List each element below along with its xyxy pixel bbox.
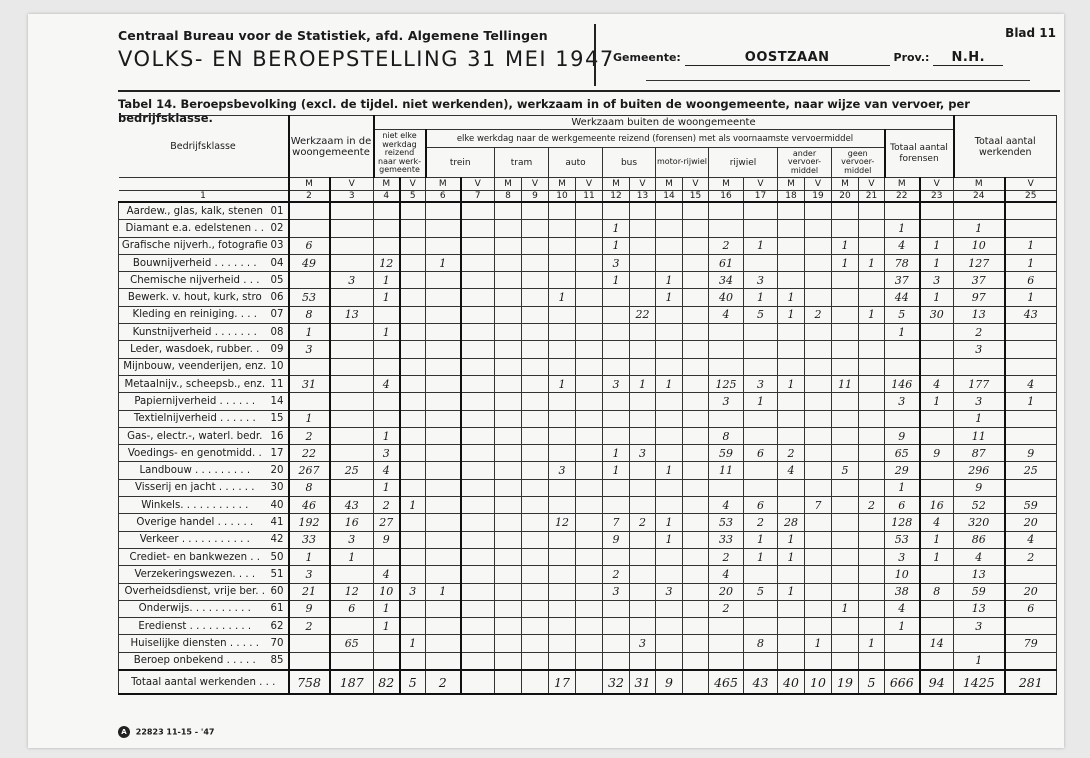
value-cell [709, 358, 744, 375]
value-cell: 13 [330, 306, 374, 323]
value-cell: 3 [603, 254, 630, 271]
value-cell [330, 618, 374, 635]
value-cell [576, 341, 603, 358]
value-cell: 1 [885, 618, 920, 635]
value-cell [522, 670, 549, 694]
value-cell [461, 531, 495, 548]
value-cell [549, 566, 576, 583]
value-cell: 1 [744, 548, 778, 565]
value-cell: 6 [330, 600, 374, 617]
value-cell [522, 393, 549, 410]
industry-code: 42 [271, 534, 288, 545]
value-cell [549, 324, 576, 341]
value-cell: 1 [630, 375, 656, 392]
col-v: V [683, 178, 709, 191]
value-cell: 43 [744, 670, 778, 694]
value-cell [426, 341, 461, 358]
col-bus: bus [603, 148, 656, 178]
value-cell [885, 635, 920, 652]
row-label: Winkels. . . . . . . . . . .40 [119, 497, 289, 514]
value-cell [683, 341, 709, 358]
value-cell: 21 [289, 583, 330, 600]
value-cell [576, 445, 603, 462]
value-cell [832, 566, 859, 583]
value-cell [859, 479, 885, 496]
value-cell [603, 479, 630, 496]
value-cell [885, 358, 920, 375]
value-cell: 2 [709, 600, 744, 617]
value-cell: 1 [832, 237, 859, 254]
value-cell [832, 618, 859, 635]
value-cell [495, 289, 522, 306]
value-cell [1005, 618, 1057, 635]
value-cell [461, 254, 495, 271]
table-row: Mijnbouw, veenderijen, enz.10 [119, 358, 1057, 375]
value-cell [576, 497, 603, 514]
col-niet-elke-werkdag: niet elke werkdag reizend naar werk-geme… [374, 130, 426, 178]
value-cell: 1 [920, 289, 954, 306]
value-cell [805, 410, 832, 427]
column-number: 12 [603, 191, 630, 203]
blank-line [646, 80, 1030, 81]
col-tram: tram [495, 148, 549, 178]
value-cell: 33 [289, 531, 330, 548]
value-cell [656, 427, 683, 444]
value-cell [832, 220, 859, 237]
value-cell: 465 [709, 670, 744, 694]
table-row: Aardew., glas, kalk, stenen01 [119, 202, 1057, 220]
value-cell: 5 [885, 306, 920, 323]
industry-code: 62 [271, 621, 288, 632]
value-cell [400, 272, 426, 289]
value-cell: 31 [289, 375, 330, 392]
value-cell [630, 531, 656, 548]
column-number: 9 [522, 191, 549, 203]
value-cell [885, 202, 920, 220]
value-cell [495, 600, 522, 617]
value-cell [683, 410, 709, 427]
value-cell: 3 [630, 635, 656, 652]
value-cell [683, 272, 709, 289]
value-cell [683, 548, 709, 565]
row-label: Kunstnijverheid . . . . . . .08 [119, 324, 289, 341]
value-cell [576, 635, 603, 652]
value-cell [656, 618, 683, 635]
value-cell: 1 [400, 635, 426, 652]
value-cell: 20 [1005, 514, 1057, 531]
value-cell: 1 [885, 324, 920, 341]
value-cell [630, 497, 656, 514]
value-cell [576, 600, 603, 617]
value-cell [709, 324, 744, 341]
value-cell [603, 306, 630, 323]
value-cell [805, 289, 832, 306]
value-cell [426, 618, 461, 635]
industry-code: 02 [271, 223, 288, 234]
value-cell [522, 306, 549, 323]
value-cell [683, 324, 709, 341]
column-number: 7 [461, 191, 495, 203]
value-cell: 1 [920, 393, 954, 410]
value-cell: 1 [859, 254, 885, 271]
value-cell: 4 [1005, 531, 1057, 548]
organisation: Centraal Bureau voor de Statistiek, afd.… [118, 28, 618, 43]
value-cell [859, 652, 885, 670]
value-cell [289, 393, 330, 410]
value-cell: 3 [885, 393, 920, 410]
table-row: Kleding en reiniging. . . .0781322451215… [119, 306, 1057, 323]
value-cell: 2 [426, 670, 461, 694]
value-cell: 2 [859, 497, 885, 514]
value-cell [522, 497, 549, 514]
value-cell [549, 202, 576, 220]
value-cell [522, 254, 549, 271]
col-v: V [461, 178, 495, 191]
value-cell [495, 272, 522, 289]
column-number: 8 [495, 191, 522, 203]
value-cell [576, 583, 603, 600]
col-v: V [400, 178, 426, 191]
value-cell [778, 220, 805, 237]
industry-name: Bewerk. v. hout, kurk, stro [128, 292, 262, 303]
value-cell [330, 427, 374, 444]
value-cell: 43 [330, 497, 374, 514]
value-cell [461, 306, 495, 323]
value-cell: 1 [832, 600, 859, 617]
value-cell [400, 393, 426, 410]
value-cell [603, 635, 630, 652]
column-number: 25 [1005, 191, 1057, 203]
value-cell [656, 497, 683, 514]
col-m: M [709, 178, 744, 191]
value-cell [805, 254, 832, 271]
value-cell: 1 [885, 220, 920, 237]
industry-name: Verkeer . . . . . . . . . . . [140, 534, 250, 545]
value-cell [495, 358, 522, 375]
col-m: M [954, 178, 1005, 191]
value-cell: 38 [885, 583, 920, 600]
value-cell [885, 341, 920, 358]
value-cell: 128 [885, 514, 920, 531]
value-cell [603, 618, 630, 635]
value-cell: 78 [885, 254, 920, 271]
value-cell [549, 583, 576, 600]
industry-name: Verzekeringswezen. . . . [134, 569, 255, 580]
value-cell: 1 [920, 548, 954, 565]
value-cell [330, 410, 374, 427]
value-cell: 2 [630, 514, 656, 531]
value-cell [859, 531, 885, 548]
value-cell [374, 652, 400, 670]
value-cell [522, 445, 549, 462]
value-cell [426, 427, 461, 444]
value-cell [495, 583, 522, 600]
value-cell: 296 [954, 462, 1005, 479]
value-cell [778, 393, 805, 410]
value-cell [744, 427, 778, 444]
value-cell: 9 [656, 670, 683, 694]
value-cell: 1 [374, 324, 400, 341]
print-reference: 22823 11-15 - '47 [136, 728, 215, 737]
col-m: M [885, 178, 920, 191]
col-v: V [1005, 178, 1057, 191]
value-cell [495, 427, 522, 444]
industry-name: Diamant e.a. edelstenen . . [125, 223, 264, 234]
row-label: Bewerk. v. hout, kurk, stro06 [119, 289, 289, 306]
value-cell [461, 479, 495, 496]
industry-code: 11 [271, 379, 288, 390]
value-cell [495, 237, 522, 254]
value-cell [683, 479, 709, 496]
value-cell [859, 358, 885, 375]
industry-code: 41 [271, 517, 288, 528]
value-cell [289, 220, 330, 237]
value-cell: 11 [954, 427, 1005, 444]
value-cell: 1 [603, 445, 630, 462]
value-cell: 2 [709, 548, 744, 565]
value-cell: 2 [805, 306, 832, 323]
value-cell: 3 [744, 272, 778, 289]
value-cell: 37 [885, 272, 920, 289]
value-cell: 1 [1005, 254, 1057, 271]
value-cell [709, 341, 744, 358]
value-cell [683, 306, 709, 323]
value-cell [289, 272, 330, 289]
industry-code: 60 [271, 586, 288, 597]
value-cell: 1 [778, 548, 805, 565]
value-cell [1005, 410, 1057, 427]
value-cell [778, 324, 805, 341]
value-cell [603, 324, 630, 341]
value-cell [920, 566, 954, 583]
value-cell: 1 [426, 583, 461, 600]
value-cell: 9 [920, 445, 954, 462]
value-cell: 9 [374, 531, 400, 548]
col-werkzaam-buiten: Werkzaam buiten de woongemeente [374, 116, 954, 130]
value-cell [683, 462, 709, 479]
value-cell [832, 548, 859, 565]
value-cell [461, 341, 495, 358]
value-cell [495, 566, 522, 583]
value-cell: 127 [954, 254, 1005, 271]
value-cell [709, 479, 744, 496]
value-cell [885, 652, 920, 670]
value-cell: 3 [744, 375, 778, 392]
value-cell [400, 324, 426, 341]
value-cell: 1 [744, 393, 778, 410]
value-cell [805, 479, 832, 496]
table-row: Winkels. . . . . . . . . . .404643214672… [119, 497, 1057, 514]
value-cell [778, 652, 805, 670]
value-cell [549, 341, 576, 358]
value-cell [522, 583, 549, 600]
value-cell: 1 [656, 289, 683, 306]
value-cell: 4 [374, 566, 400, 583]
value-cell [778, 237, 805, 254]
value-cell [576, 479, 603, 496]
col-trein: trein [426, 148, 495, 178]
value-cell: 3 [885, 548, 920, 565]
value-cell [603, 341, 630, 358]
value-cell: 2 [954, 324, 1005, 341]
value-cell [576, 254, 603, 271]
value-cell: 8 [744, 635, 778, 652]
value-cell [778, 427, 805, 444]
value-cell [576, 375, 603, 392]
value-cell [805, 600, 832, 617]
value-cell: 14 [920, 635, 954, 652]
value-cell: 44 [885, 289, 920, 306]
value-cell: 5 [859, 670, 885, 694]
value-cell: 43 [1005, 306, 1057, 323]
value-cell [549, 445, 576, 462]
value-cell: 12 [330, 583, 374, 600]
value-cell [374, 202, 400, 220]
value-cell: 1 [920, 254, 954, 271]
industry-name: Overheidsdienst, vrije ber. . [124, 586, 265, 597]
value-cell [832, 531, 859, 548]
value-cell: 19 [832, 670, 859, 694]
industry-name: Onderwijs. . . . . . . . . . [139, 603, 251, 614]
col-ander-vervoermiddel: ander vervoer-middel [778, 148, 832, 178]
value-cell [426, 272, 461, 289]
value-cell [832, 479, 859, 496]
value-cell [832, 410, 859, 427]
col-totaal-forensen: Totaal aantal forensen [885, 130, 954, 178]
value-cell [805, 324, 832, 341]
value-cell [656, 202, 683, 220]
value-cell [495, 445, 522, 462]
value-cell: 30 [920, 306, 954, 323]
header-rule [118, 90, 1060, 92]
value-cell [683, 670, 709, 694]
table-row: Verzekeringswezen. . . .5134241013 [119, 566, 1057, 583]
row-label: Bouwnijverheid . . . . . . .04 [119, 254, 289, 271]
value-cell [400, 410, 426, 427]
column-number: 19 [805, 191, 832, 203]
value-cell [683, 237, 709, 254]
value-cell [859, 289, 885, 306]
value-cell [859, 583, 885, 600]
table-row: Textielnijverheid . . . . . .1511 [119, 410, 1057, 427]
value-cell [630, 272, 656, 289]
value-cell: 10 [885, 566, 920, 583]
value-cell [426, 237, 461, 254]
value-cell [744, 462, 778, 479]
value-cell [778, 618, 805, 635]
value-cell [630, 548, 656, 565]
industry-code: 10 [271, 361, 288, 372]
value-cell: 22 [630, 306, 656, 323]
value-cell [832, 635, 859, 652]
value-cell [461, 462, 495, 479]
value-cell: 20 [1005, 583, 1057, 600]
value-cell [576, 566, 603, 583]
value-cell [400, 375, 426, 392]
table-row: Kunstnijverheid . . . . . . .081112 [119, 324, 1057, 341]
col-v: V [330, 178, 374, 191]
value-cell: 7 [805, 497, 832, 514]
value-cell [805, 237, 832, 254]
industry-code: 85 [271, 655, 288, 666]
value-cell [920, 462, 954, 479]
value-cell: 8 [709, 427, 744, 444]
value-cell [603, 289, 630, 306]
col-v: V [576, 178, 603, 191]
row-label: Papiernijverheid . . . . . .14 [119, 393, 289, 410]
value-cell [630, 237, 656, 254]
value-cell [461, 237, 495, 254]
col-v: V [744, 178, 778, 191]
value-cell [683, 497, 709, 514]
value-cell [683, 254, 709, 271]
value-cell [495, 514, 522, 531]
value-cell [495, 670, 522, 694]
value-cell [330, 237, 374, 254]
header-divider [594, 24, 596, 86]
industry-name: Grafische nijverh., fotografie [122, 240, 268, 251]
value-cell [805, 514, 832, 531]
value-cell: 33 [709, 531, 744, 548]
value-cell [549, 272, 576, 289]
value-cell: 8 [289, 479, 330, 496]
value-cell: 3 [330, 531, 374, 548]
value-cell [461, 202, 495, 220]
value-cell [549, 635, 576, 652]
value-cell [709, 652, 744, 670]
value-cell [549, 652, 576, 670]
value-cell [683, 220, 709, 237]
value-cell: 5 [744, 306, 778, 323]
value-cell [400, 358, 426, 375]
value-cell [426, 202, 461, 220]
value-cell [400, 202, 426, 220]
value-cell [549, 393, 576, 410]
table-row: Metaalnijv., scheepsb., enz.113141311125… [119, 375, 1057, 392]
column-number: 2 [289, 191, 330, 203]
total-row: Totaal aantal werkenden . . .75818782521… [119, 670, 1057, 694]
column-number: 15 [683, 191, 709, 203]
value-cell [374, 306, 400, 323]
table-row: Papiernijverheid . . . . . .14313131 [119, 393, 1057, 410]
value-cell [522, 237, 549, 254]
value-cell: 13 [954, 600, 1005, 617]
col-auto: auto [549, 148, 603, 178]
industry-code: 03 [271, 240, 288, 251]
col-m: M [656, 178, 683, 191]
value-cell [495, 341, 522, 358]
value-cell [805, 272, 832, 289]
value-cell [683, 514, 709, 531]
value-cell [495, 548, 522, 565]
value-cell: 3 [954, 341, 1005, 358]
value-cell: 1425 [954, 670, 1005, 694]
value-cell: 1 [656, 375, 683, 392]
gemeente-value: OOSTZAAN [685, 50, 890, 66]
value-cell [656, 635, 683, 652]
industry-name: Totaal aantal werkenden . . . [131, 677, 275, 688]
value-cell: 1 [603, 220, 630, 237]
value-cell [374, 393, 400, 410]
value-cell [522, 462, 549, 479]
value-cell [495, 531, 522, 548]
value-cell [522, 289, 549, 306]
value-cell [400, 566, 426, 583]
value-cell [683, 427, 709, 444]
value-cell [744, 254, 778, 271]
value-cell [461, 670, 495, 694]
value-cell [603, 497, 630, 514]
